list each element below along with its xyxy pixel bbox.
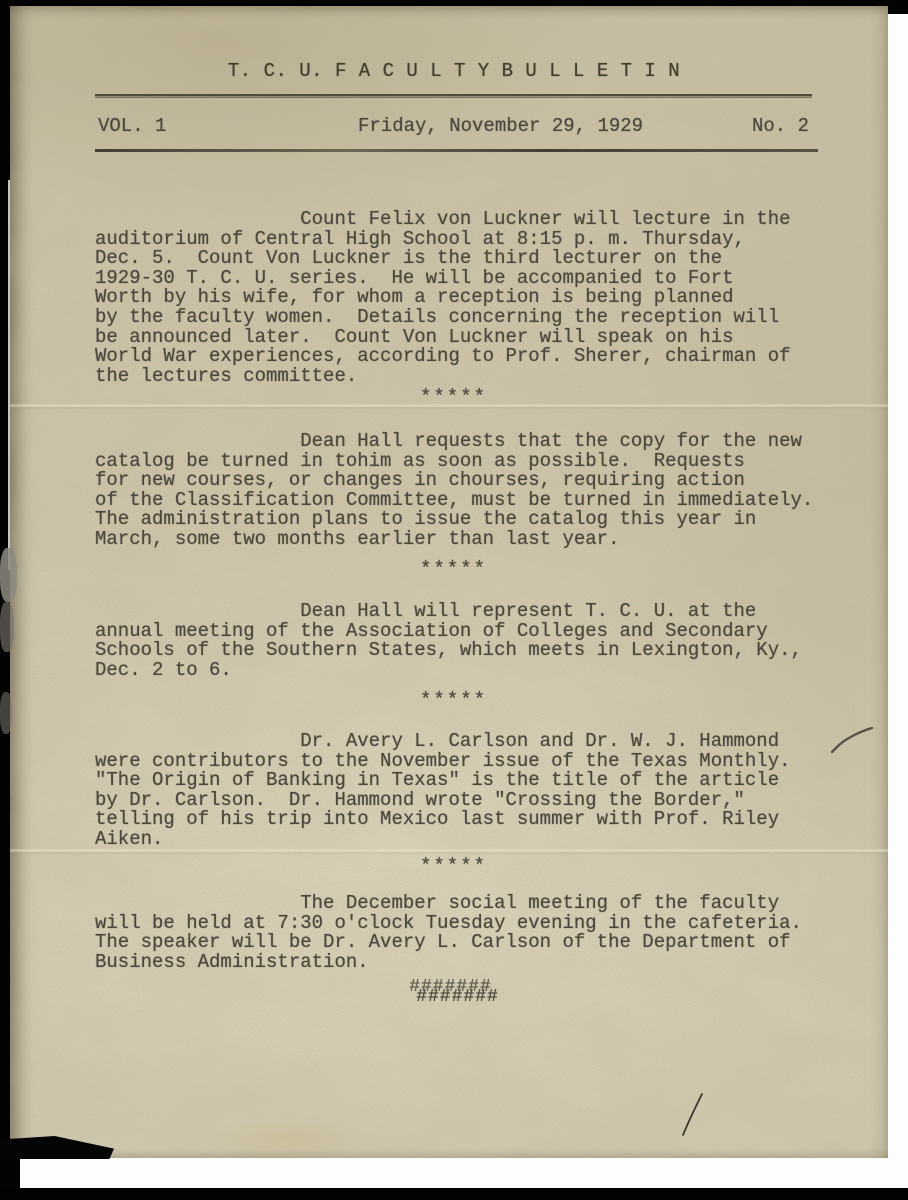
issue-number: No. 2	[752, 115, 809, 137]
paragraph-von-luckner-lecture: Count Felix von Luckner will lecture in …	[95, 210, 791, 386]
paper-stain	[210, 1118, 360, 1160]
scanned-bulletin-page: T. C. U. F A C U L T Y B U L L E T I N V…	[0, 0, 908, 1200]
paragraph-texas-monthly-articles: Dr. Avery L. Carlson and Dr. W. J. Hammo…	[95, 732, 791, 850]
bulletin-title: T. C. U. F A C U L T Y B U L L E T I N	[0, 60, 908, 82]
volume-label: VOL. 1	[98, 115, 166, 137]
scanner-bed-bottom-edge	[20, 1156, 908, 1190]
masthead-rule-bottom	[95, 149, 818, 152]
paragraph-dean-hall-meeting: Dean Hall will represent T. C. U. at the…	[95, 602, 802, 680]
section-separator: *****	[95, 558, 812, 580]
scanner-bed-right-edge	[886, 14, 908, 1200]
end-mark-line: #######	[99, 987, 816, 1007]
section-separator: *****	[95, 855, 812, 877]
scan-edge-smudge	[0, 548, 17, 602]
scan-edge-smudge	[0, 692, 12, 734]
paragraph-december-social-meeting: The December social meeting of the facul…	[95, 894, 802, 972]
masthead-rule-top	[95, 94, 812, 98]
section-separator: *****	[95, 386, 812, 408]
scan-edge-smudge	[0, 602, 14, 652]
issue-date: Friday, November 29, 1929	[358, 115, 643, 137]
paragraph-catalog-copy: Dean Hall requests that the copy for the…	[95, 432, 813, 550]
section-separator: *****	[95, 689, 812, 711]
scan-frame-bottom	[0, 1188, 908, 1200]
